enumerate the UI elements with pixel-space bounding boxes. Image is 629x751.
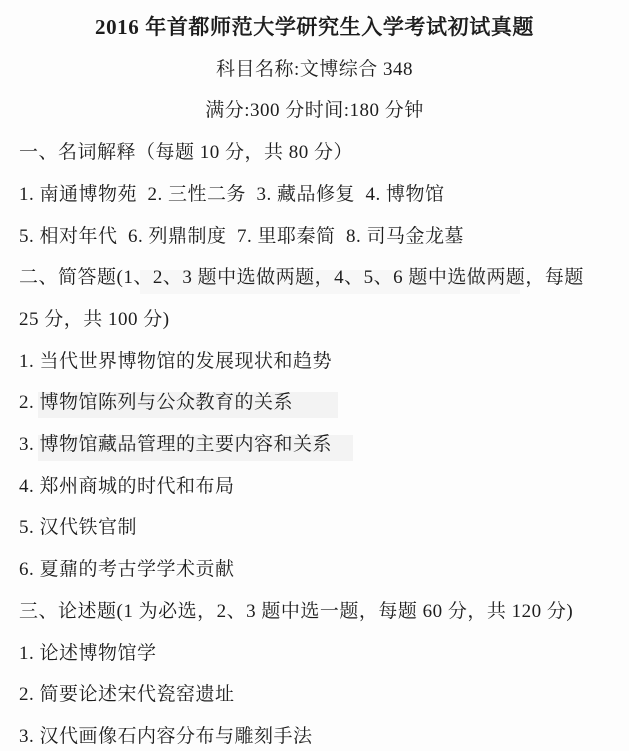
section-1-item-row: 1. 南通博物苑 2. 三性二务 3. 藏品修复 4. 博物馆 — [19, 174, 610, 216]
section-2-heading-line-1: 二、简答题(1、2、3 题中选做两题，4、5、6 题中选做两题，每题 — [19, 257, 610, 299]
section-3-item: 2. 简要论述宋代瓷窑遗址 — [19, 674, 610, 716]
section-2-item: 4. 郑州商城的时代和布局 — [19, 466, 610, 508]
exam-paper-page: 2016 年首都师范大学研究生入学考试初试真题 科目名称:文博综合 348 满分… — [0, 0, 629, 751]
section-1-item-row: 5. 相对年代 6. 列鼎制度 7. 里耶秦简 8. 司马金龙墓 — [19, 216, 610, 258]
section-2-item: 6. 夏鼐的考古学学术贡献 — [19, 549, 610, 591]
section-2-item: 2. 博物馆陈列与公众教育的关系 — [19, 382, 610, 424]
subject-line: 科目名称:文博综合 348 — [19, 49, 610, 91]
section-2-item: 5. 汉代铁官制 — [19, 507, 610, 549]
section-3-item: 1. 论述博物馆学 — [19, 633, 610, 675]
section-3-item: 3. 汉代画像石内容分布与雕刻手法 — [19, 716, 610, 751]
section-1-heading: 一、名词解释（每题 10 分，共 80 分） — [19, 132, 610, 174]
section-3-heading: 三、论述题(1 为必选，2、3 题中选一题，每题 60 分，共 120 分) — [19, 591, 610, 633]
section-2-heading-line-2: 25 分，共 100 分) — [19, 299, 610, 341]
score-time-line: 满分:300 分时间:180 分钟 — [19, 90, 610, 132]
section-2-item: 3. 博物馆藏品管理的主要内容和关系 — [19, 424, 610, 466]
page-title: 2016 年首都师范大学研究生入学考试初试真题 — [19, 7, 610, 49]
section-2-item: 1. 当代世界博物馆的发展现状和趋势 — [19, 341, 610, 383]
